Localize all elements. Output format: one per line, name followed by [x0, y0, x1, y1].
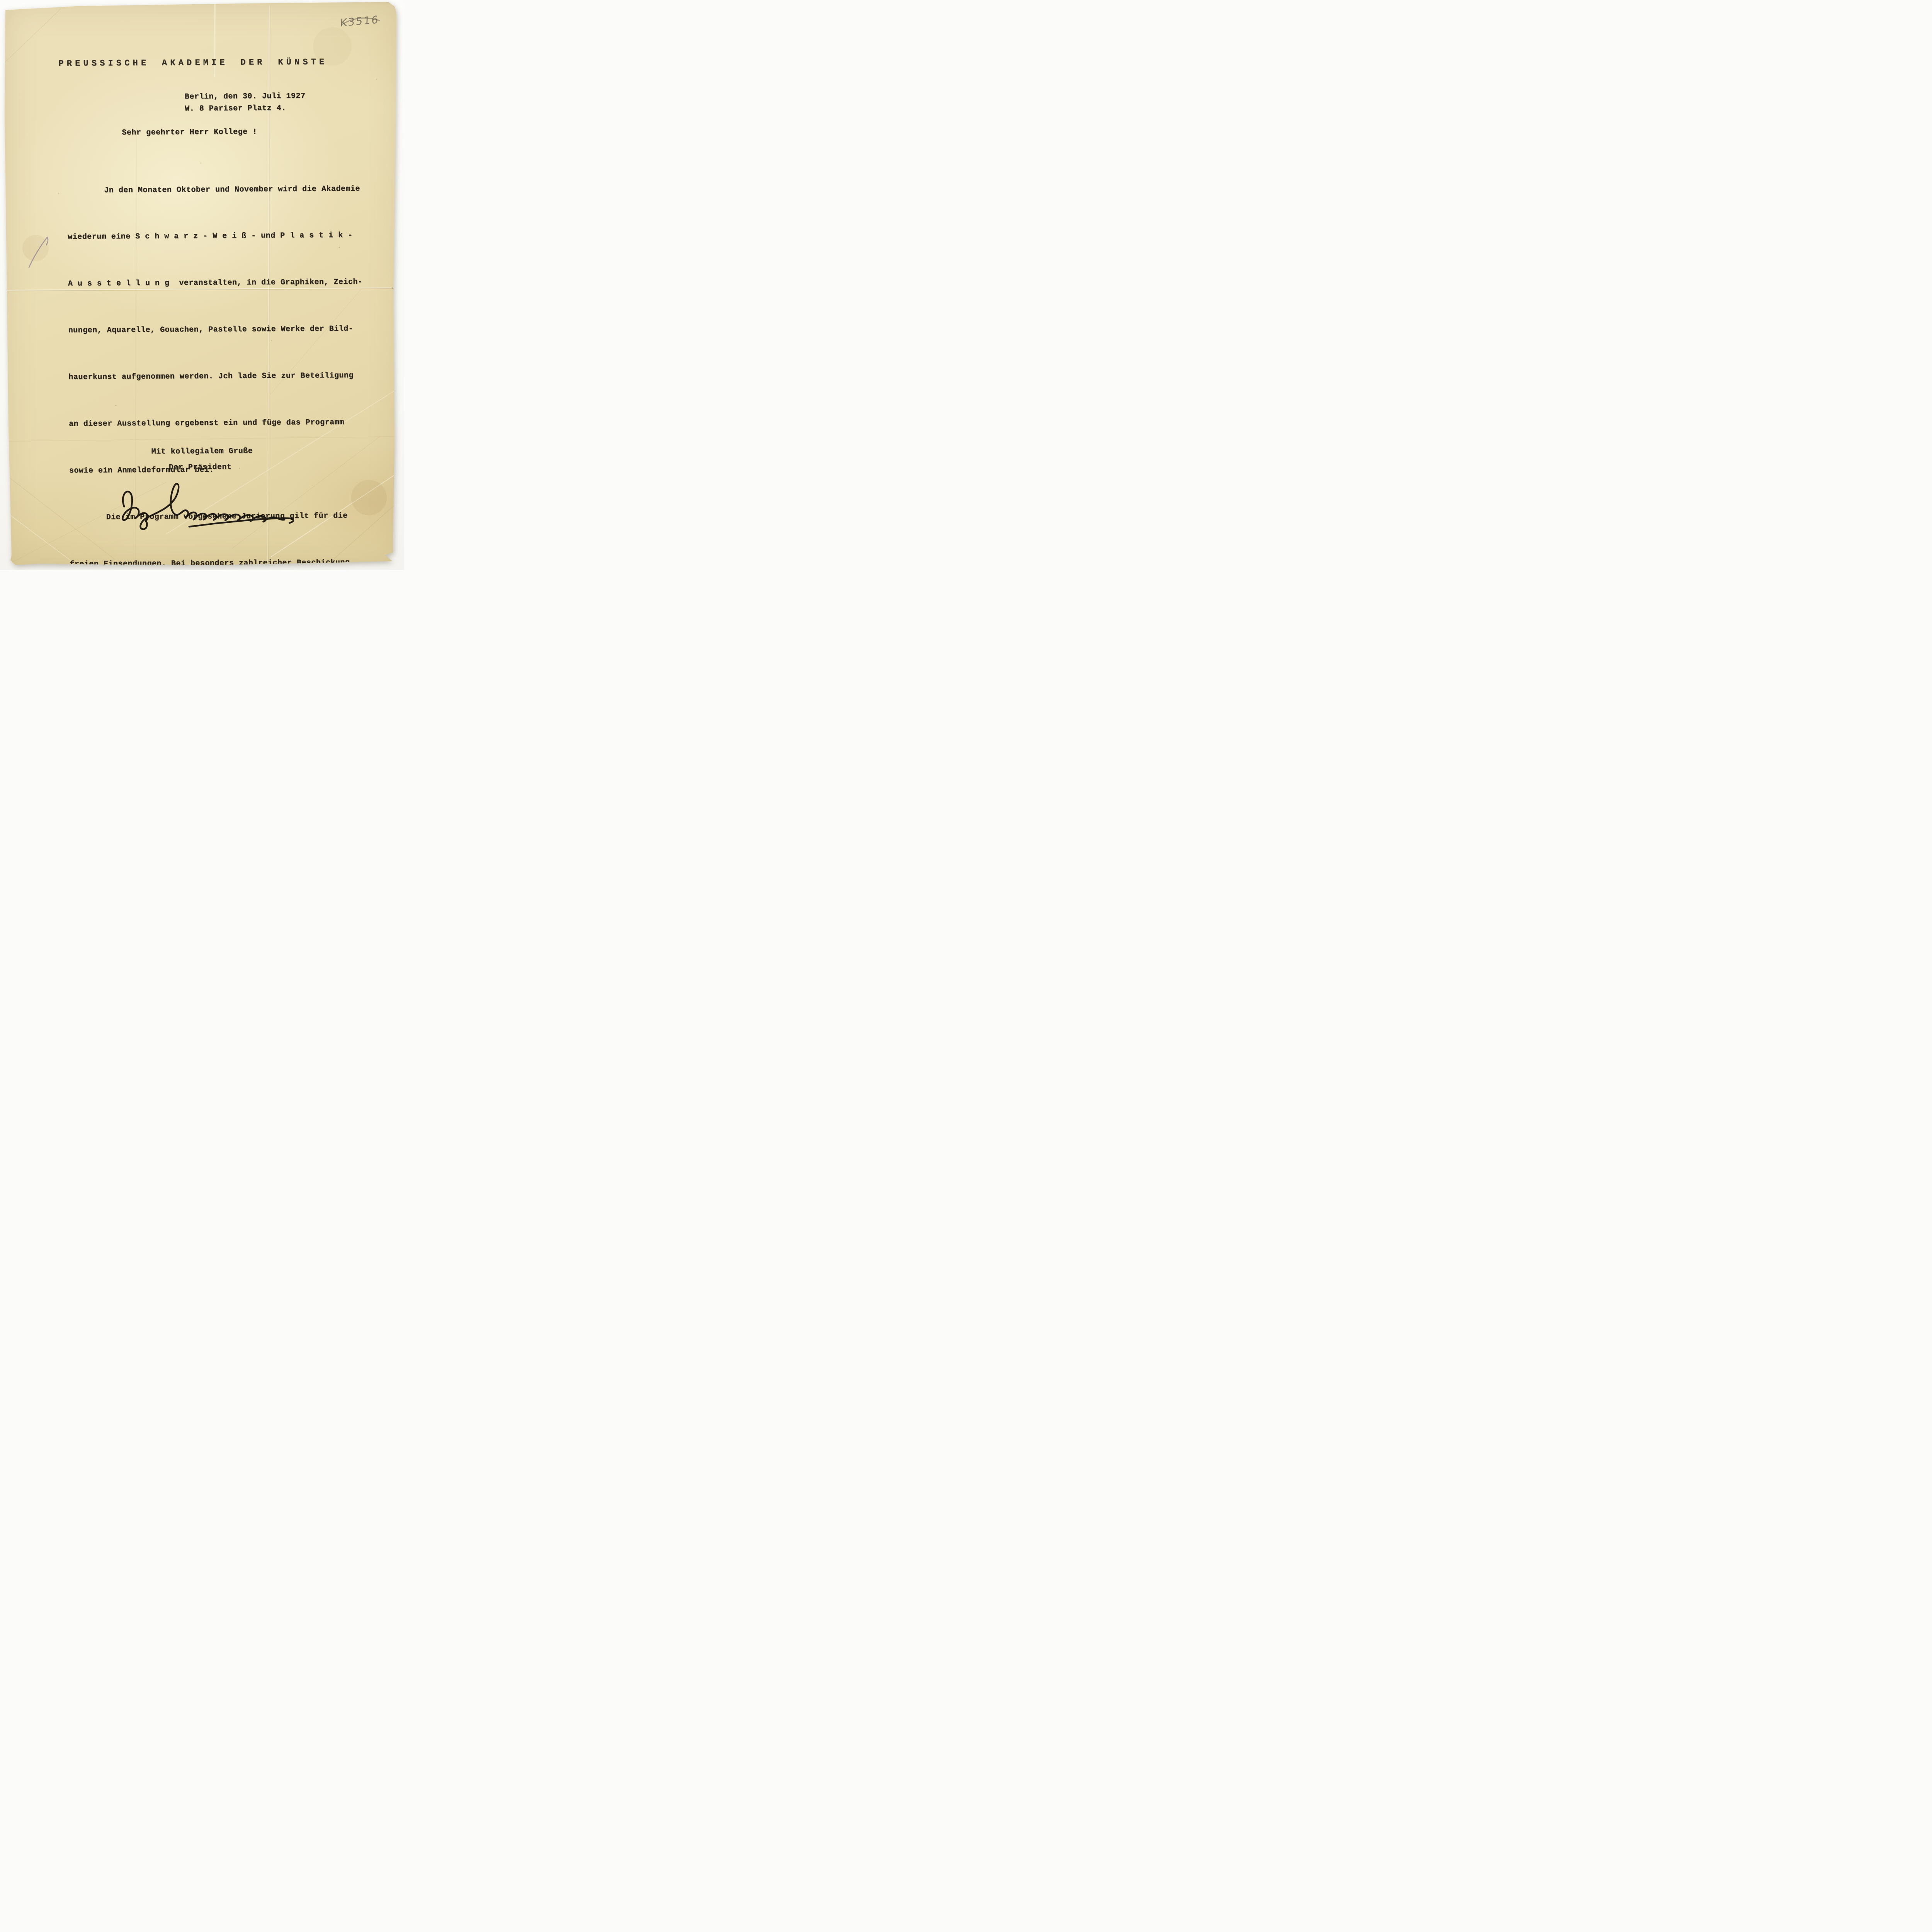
letterhead: PREUSSISCHE AKADEMIE DER KÜNSTE	[58, 57, 327, 68]
body-line: freien Einsendungen. Bei besonders zahlr…	[70, 555, 386, 570]
dateline: Berlin, den 30. Juli 1927	[185, 92, 306, 101]
paper-shadow-wrap: K3516 PREUSSISCHE AKADEMIE DER KÜNSTE Be…	[0, 0, 404, 570]
salutation: Sehr geehrter Herr Kollege !	[122, 128, 257, 137]
body-line: nungen, Aquarelle, Gouachen, Pastelle so…	[68, 321, 385, 338]
signer-title: Der Präsident	[169, 463, 232, 472]
address-line: W. 8 Pariser Platz 4.	[185, 104, 286, 114]
signature-max-liebermann	[112, 475, 307, 537]
letter-content: PREUSSISCHE AKADEMIE DER KÜNSTE Berlin, …	[0, 0, 404, 570]
body-line: A u s s t e l l u n g veranstalten, in d…	[68, 274, 385, 292]
body-line: wiederum eine S c h w a r z - W e i ß - …	[68, 228, 384, 245]
body-line: an dieser Ausstellung ergebenst ein und …	[69, 415, 386, 432]
body-line: Jn den Monaten Oktober und November wird…	[67, 181, 384, 199]
closing-line: Mit kollegialem Gruße	[151, 447, 253, 456]
body-line: hauerkunst aufgenommen werden. Jch lade …	[68, 368, 385, 385]
letter-paper: K3516 PREUSSISCHE AKADEMIE DER KÜNSTE Be…	[0, 0, 404, 570]
scanned-letter-page: K3516 PREUSSISCHE AKADEMIE DER KÜNSTE Be…	[0, 0, 404, 570]
